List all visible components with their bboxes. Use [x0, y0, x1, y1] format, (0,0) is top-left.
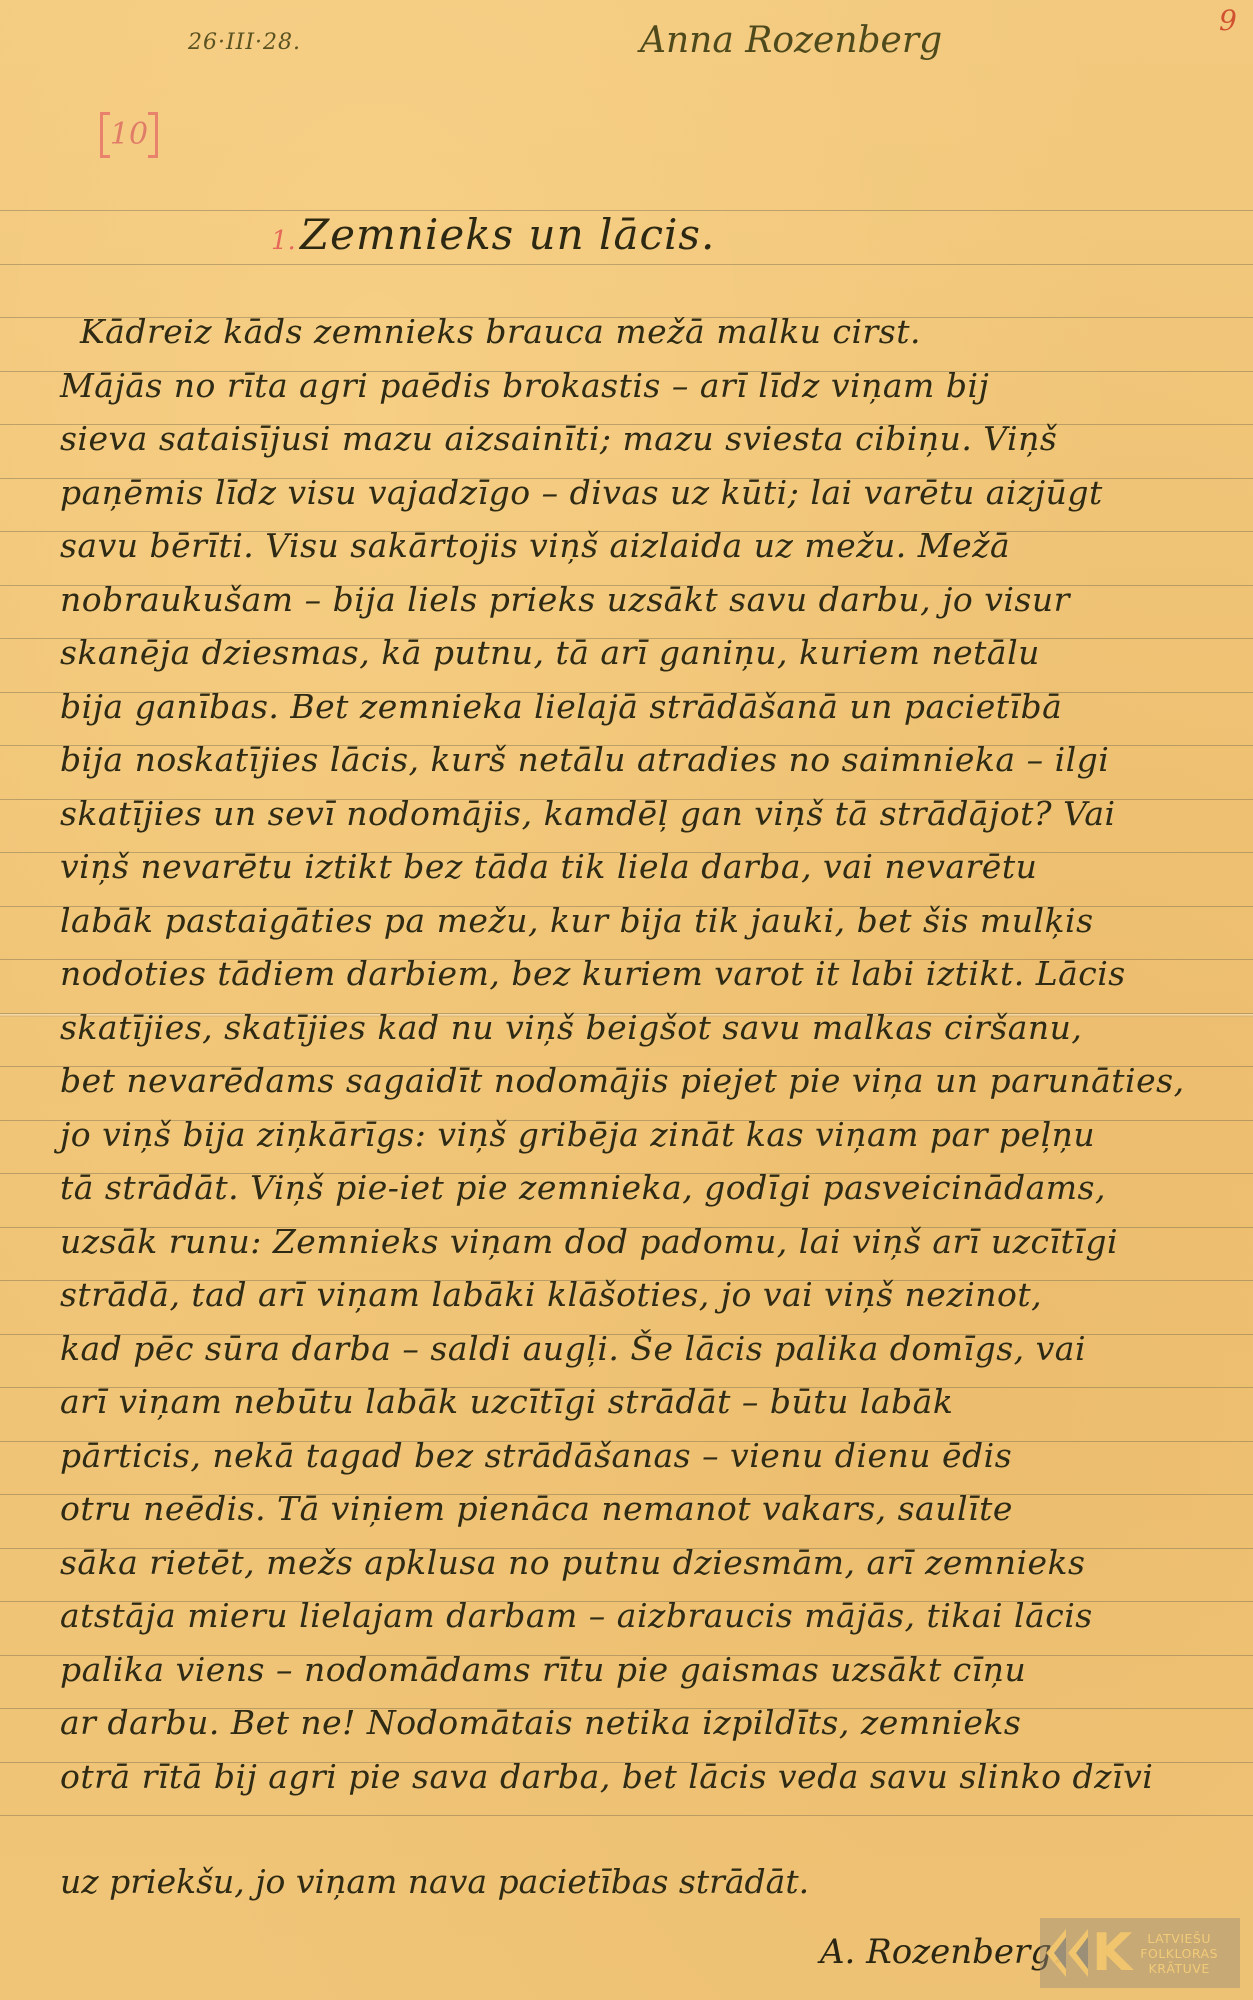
archive-watermark-logo: K LATVIEŠU FOLKLORAS KRĀTUVE	[1040, 1918, 1240, 1988]
manuscript-page: 9 26·III·28. Anna Rozenberg 10 1. Zemnie…	[0, 0, 1253, 2000]
author-signature: A. Rozenberg.	[820, 1932, 1063, 1972]
text-line: nobraukušam – bija liels prieks uzsākt s…	[60, 580, 1210, 619]
text-line: bija ganības. Bet zemnieka lielajā strād…	[60, 687, 1210, 726]
header-date: 26·III·28.	[188, 30, 301, 55]
stamp-number: 10	[110, 117, 148, 152]
text-line: sieva sataisījusi mazu aizsainīti; mazu …	[60, 419, 1210, 458]
text-line: jo viņš bija ziņkārīgs: viņš gribēja zin…	[60, 1115, 1210, 1154]
text-line: savu bērīti. Visu sakārtojis viņš aizlai…	[60, 526, 1210, 565]
closing-line: uz priekšu, jo viņam nava pacietības str…	[60, 1862, 809, 1901]
text-line: otru neēdis. Tā viņiem pienāca nemanot v…	[60, 1489, 1210, 1528]
text-line: nodoties tādiem darbiem, bez kuriem varo…	[60, 954, 1210, 993]
text-line: ar darbu. Bet ne! Nodomātais netika izpi…	[60, 1703, 1210, 1742]
text-line: Kādreiz kāds zemnieks brauca mežā malku …	[80, 312, 1230, 351]
header-author: Anna Rozenberg	[640, 20, 942, 61]
text-line: skanēja dziesmas, kā putnu, tā arī ganiņ…	[60, 633, 1210, 672]
logo-letter: K	[1092, 1927, 1132, 1979]
text-line: otrā rītā bij agri pie sava darba, bet l…	[60, 1757, 1210, 1796]
story-title: Zemnieks un lācis.	[300, 210, 715, 259]
text-line: bet nevarēdams sagaidīt nodomājis piejet…	[60, 1061, 1210, 1100]
text-line: labāk pastaigāties pa mežu, kur bija tik…	[60, 901, 1210, 940]
chevron-icon	[1068, 1929, 1088, 1977]
text-line: viņš nevarētu iztikt bez tāda tik liela …	[60, 847, 1210, 886]
watermark-line: KRĀTUVE	[1140, 1961, 1218, 1976]
page-number: 9	[1219, 4, 1237, 37]
ruled-lines	[0, 0, 1253, 2000]
text-line: kad pēc sūra darba – saldi augļi. Še lāc…	[60, 1329, 1210, 1368]
text-line: tā strādāt. Viņš pie-iet pie zemnieka, g…	[60, 1168, 1210, 1207]
stamp-bracket	[148, 155, 158, 158]
archive-stamp: 10	[100, 112, 158, 158]
stamp-bracket	[148, 112, 158, 115]
text-line: atstāja mieru lielajam darbam – aizbrauc…	[60, 1596, 1210, 1635]
ruled-line	[0, 264, 1253, 265]
text-line: uzsāk runu: Zemnieks viņam dod padomu, l…	[60, 1222, 1210, 1261]
lfk-logo-icon: K	[1046, 1927, 1132, 1979]
text-line: bija noskatījies lācis, kurš netālu atra…	[60, 740, 1210, 779]
text-line: arī viņam nebūtu labāk uzcītīgi strādāt …	[60, 1382, 1210, 1421]
text-line: palika viens – nodomādams rītu pie gaism…	[60, 1650, 1210, 1689]
text-line: skatījies, skatījies kad nu viņš beigšot…	[60, 1008, 1210, 1047]
text-line: paņēmis līdz visu vajadzīgo – divas uz k…	[60, 473, 1210, 512]
text-line: skatījies un sevī nodomājis, kamdēļ gan …	[60, 794, 1210, 833]
text-line: pārticis, nekā tagad bez strādāšanas – v…	[60, 1436, 1210, 1475]
watermark-line: LATVIEŠU	[1140, 1931, 1218, 1946]
title-number-marker: 1.	[271, 226, 296, 256]
text-line: Mājās no rīta agri paēdis brokastis – ar…	[60, 366, 1210, 405]
text-line: sāka rietēt, mežs apklusa no putnu dzies…	[60, 1543, 1210, 1582]
watermark-line: FOLKLORAS	[1140, 1946, 1218, 1961]
text-line: strādā, tad arī viņam labāki klāšoties, …	[60, 1275, 1210, 1314]
ruled-line	[0, 1815, 1253, 1816]
chevron-icon	[1046, 1929, 1066, 1977]
watermark-text: LATVIEŠU FOLKLORAS KRĀTUVE	[1140, 1931, 1218, 1976]
